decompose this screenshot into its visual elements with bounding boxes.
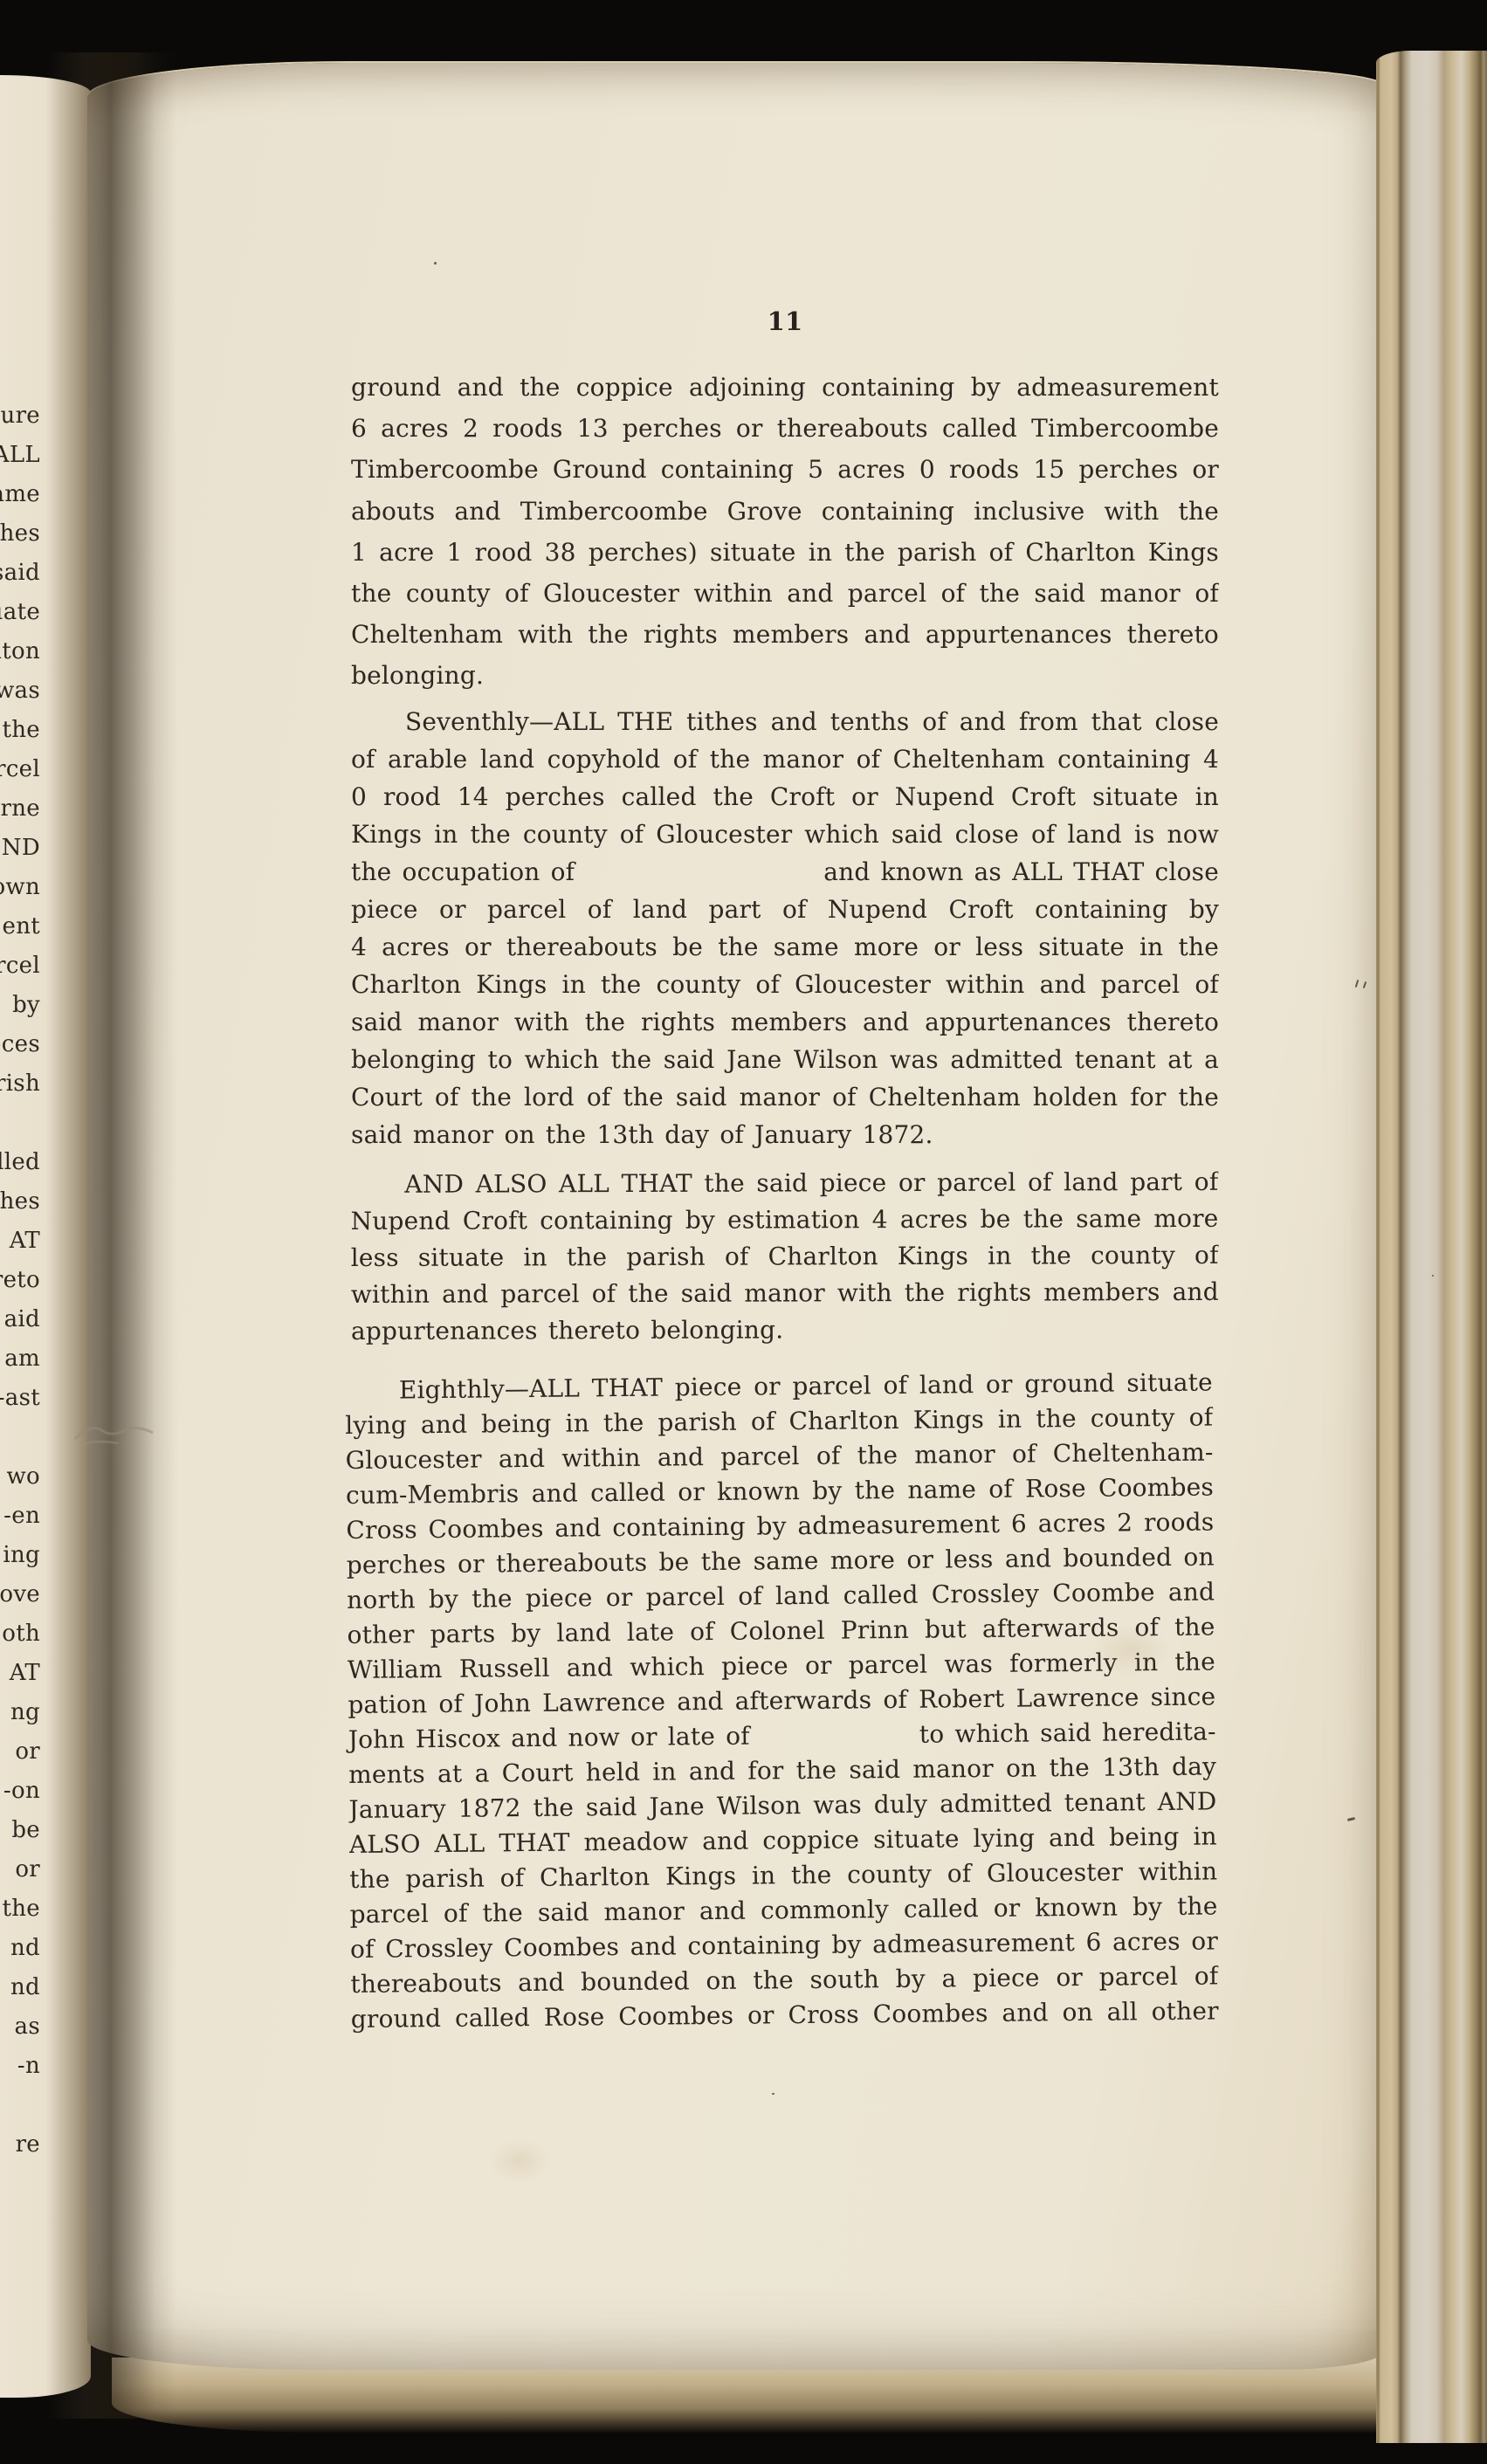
left-page-line-fragment: nd <box>0 1929 40 1968</box>
left-page-line-fragment: rish <box>0 1064 40 1104</box>
paragraph-seventhly: Seventhly—ALL THE tithes and tenths of a… <box>351 703 1219 1153</box>
text-line: said manor with the rights members and a… <box>351 1003 1219 1041</box>
pencil-annotation <box>68 1404 190 1460</box>
left-page-line-fragment: said <box>0 554 40 593</box>
text-before-blank: John Hiscox and now or late of <box>348 1718 750 1757</box>
fore-edge-page-stack <box>1376 51 1487 2443</box>
left-page-line-fragment: be <box>0 1811 40 1850</box>
left-page-line-fragment: wo <box>0 1457 40 1497</box>
text-line: 1 acre 1 rood 38 perches) situate in the… <box>351 532 1219 573</box>
left-page-line-fragment: the <box>0 711 40 750</box>
left-page-line-fragment: ast- <box>0 1379 40 1418</box>
text-line: Nupend Croft containing by estimation 4 … <box>350 1200 1218 1239</box>
left-page-line-fragment <box>0 2086 40 2125</box>
left-page-line-fragment <box>0 1104 40 1143</box>
left-page-line-fragment: ove <box>0 1575 40 1614</box>
left-page-line-fragment: own <box>0 868 40 907</box>
text-line: belonging. <box>351 655 1219 696</box>
text-line: ground and the coppice adjoining contain… <box>351 367 1219 408</box>
left-page-line-fragment: ches <box>0 514 40 554</box>
left-page-fragments: ure-ALLamechessaiduateltonwasthercelorne… <box>0 396 40 2165</box>
left-page-line-fragment: or <box>0 1850 40 1889</box>
left-page-sliver: ure-ALLamechessaiduateltonwasthercelorne… <box>0 75 91 2398</box>
text-line: belonging to which the said Jane Wilson … <box>351 1041 1219 1078</box>
text-line: appurtenances thereto belonging. <box>351 1310 1219 1349</box>
dust-speck <box>1057 561 1058 562</box>
text-line: Court of the lord of the said manor of C… <box>351 1078 1219 1116</box>
text-after-blank: to which said heredita- <box>919 1714 1216 1752</box>
left-page-line-fragment <box>0 1418 40 1457</box>
left-page-line-fragment: ng <box>0 1693 40 1732</box>
left-page-line-fragment: by <box>0 986 40 1025</box>
text-line: 0 rood 14 perches called the Croft or Nu… <box>351 778 1219 816</box>
text-line: Cheltenham with the rights members and a… <box>351 614 1219 655</box>
left-page-line-fragment: ing <box>0 1536 40 1575</box>
left-page-line-fragment: ent <box>0 907 40 946</box>
left-page-line-fragment: nd <box>0 1968 40 2007</box>
left-page-line-fragment: AT <box>0 1222 40 1261</box>
text-line: Seventhly—ALL THE tithes and tenths of a… <box>351 703 1219 740</box>
left-page-line-fragment: lton <box>0 632 40 671</box>
text-line: abouts and Timbercoombe Grove containing… <box>351 491 1219 532</box>
left-page-line-fragment: ame <box>0 475 40 514</box>
left-page-line-fragment: aid <box>0 1300 40 1339</box>
left-page-line-fragment: oth <box>0 1614 40 1654</box>
paragraph-and-also: AND ALSO ALL THAT the said piece or parc… <box>350 1163 1219 1349</box>
text-after-blank: and known as ALL THAT close <box>823 853 1219 891</box>
text-line: less situate in the parish of Charlton K… <box>351 1236 1219 1276</box>
left-page-line-fragment: was <box>0 671 40 711</box>
left-page-line-fragment: lled <box>0 1143 40 1182</box>
left-page-line-fragment: eces <box>0 1025 40 1064</box>
page-text-column: 11 ground and the coppice adjoining cont… <box>351 304 1219 2037</box>
text-line: Charlton Kings in the county of Gloucest… <box>351 966 1219 1003</box>
paragraph-eighthly: Eighthly—ALL THAT piece or parcel of lan… <box>345 1365 1219 2037</box>
book-scan: ure-ALLamechessaiduateltonwasthercelorne… <box>0 0 1487 2464</box>
left-page-line-fragment: as <box>0 2007 40 2047</box>
left-page-line-fragment: re <box>0 2125 40 2165</box>
paragraph-continuation: ground and the coppice adjoining contain… <box>351 367 1219 697</box>
dust-speck <box>772 2093 774 2095</box>
text-line: said manor on the 13th day of January 18… <box>351 1116 1219 1153</box>
left-page-line-fragment: ure- <box>0 396 40 436</box>
text-line: AND ALSO ALL THAT the said piece or parc… <box>350 1163 1218 1202</box>
left-page-line-fragment: or <box>0 1732 40 1772</box>
page-number: 11 <box>351 304 1219 367</box>
left-page-line-fragment: ALL <box>0 436 40 475</box>
left-page-line-fragment: uate <box>0 593 40 632</box>
text-line: the county of Gloucester within and parc… <box>351 573 1219 614</box>
left-page-line-fragment: en- <box>0 1497 40 1536</box>
text-line: 6 acres 2 roods 13 perches or thereabout… <box>351 408 1219 449</box>
left-page-line-fragment: AT <box>0 1654 40 1693</box>
left-page-line-fragment: orne <box>0 789 40 829</box>
left-page-line-fragment: the <box>0 1889 40 1929</box>
text-line: piece or parcel of land part of Nupend C… <box>351 891 1219 928</box>
dust-speck <box>434 262 437 265</box>
left-page-line-fragment: ND <box>0 829 40 868</box>
left-page-line-fragment: hes <box>0 1182 40 1222</box>
left-page-line-fragment: reto <box>0 1261 40 1300</box>
text-line: of arable land copyhold of the manor of … <box>351 740 1219 778</box>
text-line: within and parcel of the said manor with… <box>351 1273 1219 1312</box>
text-before-blank: the occupation of <box>351 853 575 891</box>
left-page-line-fragment: rcel <box>0 946 40 986</box>
text-line: Timbercoombe Ground containing 5 acres 0… <box>351 449 1219 490</box>
left-page-line-fragment: n- <box>0 2047 40 2086</box>
text-line: Kings in the county of Gloucester which … <box>351 816 1219 853</box>
text-line-with-blank: the occupation ofand known as ALL THAT c… <box>351 853 1219 891</box>
left-page-line-fragment: on- <box>0 1772 40 1811</box>
left-page-line-fragment: rcel <box>0 750 40 789</box>
text-line: 4 acres or thereabouts be the same more … <box>351 928 1219 966</box>
left-page-line-fragment: am <box>0 1339 40 1379</box>
dust-speck <box>1432 1275 1434 1277</box>
